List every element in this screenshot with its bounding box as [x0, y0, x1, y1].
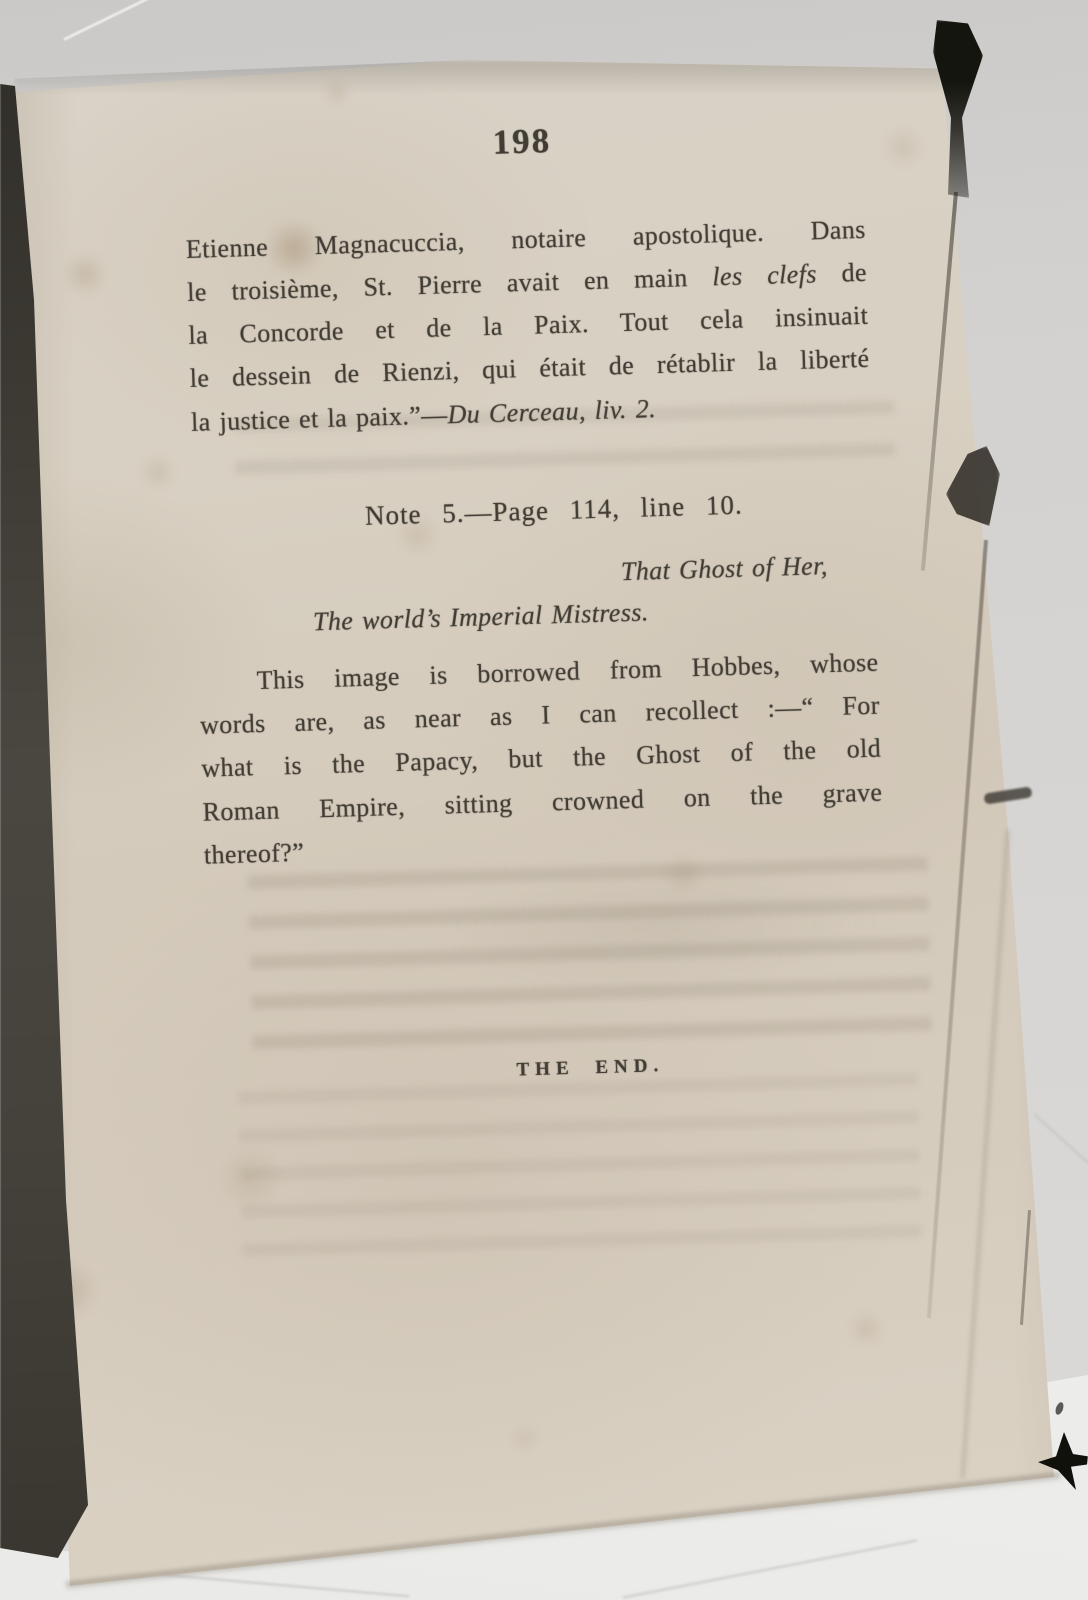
printed-text-block: 198 Etienne Magnacuccia, notaire apostol…: [170, 102, 901, 1122]
book-page: 198 Etienne Magnacuccia, notaire apostol…: [0, 0, 1088, 1600]
page-number: 198: [170, 112, 873, 173]
note-heading: Note 5.—Page 114, line 10.: [193, 480, 874, 546]
quote-line-2-italic: les clefs: [712, 259, 817, 291]
foxing-stain: [880, 128, 926, 166]
foxing-stain: [62, 252, 108, 296]
foxing-stain: [508, 1425, 542, 1451]
tissue-fold-line: [1033, 1113, 1088, 1188]
foxing-stain: [138, 455, 178, 489]
tissue-fold-line: [623, 1539, 918, 1598]
quote-line-5-text: la justice et la paix.”—: [191, 400, 448, 437]
the-end-label: THE END.: [210, 1037, 891, 1103]
quote-line-5-citation: Du Cerceau, liv. 2.: [447, 394, 656, 429]
thread: [63, 0, 149, 41]
foxing-stain: [845, 1312, 887, 1346]
page-top-edge-shadow: [14, 60, 944, 94]
quote-line-2-tail: de: [816, 258, 867, 288]
book-photo: 198 Etienne Magnacuccia, notaire apostol…: [0, 0, 1088, 1600]
